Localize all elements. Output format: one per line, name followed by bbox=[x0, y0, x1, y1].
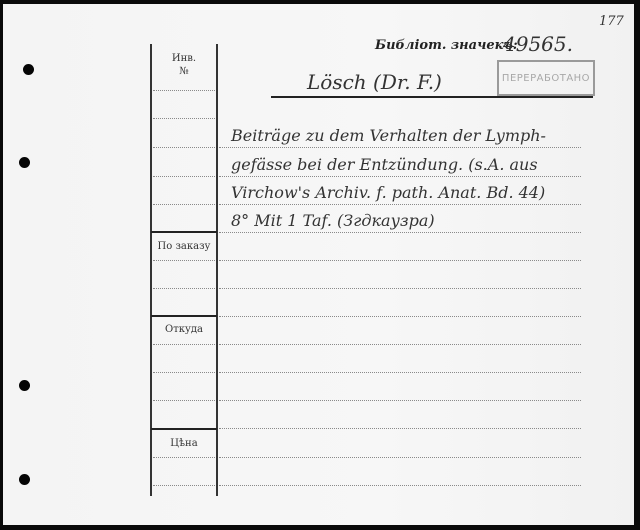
ruled-line bbox=[219, 372, 581, 373]
ruled-line bbox=[219, 288, 581, 289]
section-divider bbox=[151, 428, 217, 430]
ruled-line bbox=[153, 260, 215, 261]
ruled-line bbox=[153, 147, 215, 148]
corner-number: 177 bbox=[599, 14, 624, 29]
ruled-line bbox=[153, 118, 215, 119]
punch-hole bbox=[23, 64, 34, 75]
ruled-line bbox=[153, 344, 215, 345]
ruled-line bbox=[219, 457, 581, 458]
ruled-line bbox=[153, 400, 215, 401]
ruled-line bbox=[219, 485, 581, 486]
library-mark-label: Библiот. значекъ: bbox=[375, 38, 518, 53]
ruled-line bbox=[219, 428, 581, 429]
title-line-3: Virchow's Archiv. f. path. Anat. Bd. 44) bbox=[231, 183, 545, 202]
ruled-line bbox=[219, 176, 581, 177]
section-divider bbox=[151, 315, 217, 317]
ruled-line bbox=[153, 176, 215, 177]
ruled-line bbox=[219, 232, 581, 233]
ruled-line bbox=[219, 204, 581, 205]
ruled-line bbox=[219, 147, 581, 148]
price-label: Цѣна bbox=[152, 438, 216, 449]
section-divider bbox=[151, 231, 217, 233]
ruled-line bbox=[153, 457, 215, 458]
from-where-label: Откуда bbox=[152, 324, 216, 335]
inv-no-label: Инв. № bbox=[152, 52, 216, 78]
author-name: Lösch (Dr. F.) bbox=[307, 70, 442, 94]
ruled-line bbox=[153, 90, 215, 91]
ruled-line bbox=[153, 372, 215, 373]
ruled-line bbox=[153, 204, 215, 205]
ruled-line bbox=[153, 288, 215, 289]
ruled-line bbox=[219, 260, 581, 261]
title-line-1: Beiträge zu dem Verhalten der Lymph- bbox=[231, 126, 546, 145]
punch-hole bbox=[19, 157, 30, 168]
punch-hole bbox=[19, 474, 30, 485]
ruled-line bbox=[153, 485, 215, 486]
ruled-line bbox=[219, 316, 581, 317]
library-mark-value: 49565. bbox=[503, 32, 573, 56]
by-order-label: По заказу bbox=[152, 241, 216, 252]
author-underline bbox=[271, 96, 593, 98]
title-line-2: gefässe bei der Entzündung. (s.A. aus bbox=[231, 155, 538, 174]
catalog-card: 177 Библiот. значекъ: 49565. ПЕРЕРАБОТАН… bbox=[3, 4, 634, 525]
ruled-line bbox=[219, 344, 581, 345]
processed-stamp: ПЕРЕРАБОТАНО bbox=[497, 60, 595, 96]
punch-hole bbox=[19, 380, 30, 391]
title-line-4: 8° Mit 1 Taf. (Згдкаузра) bbox=[231, 211, 435, 230]
ruled-line bbox=[219, 400, 581, 401]
